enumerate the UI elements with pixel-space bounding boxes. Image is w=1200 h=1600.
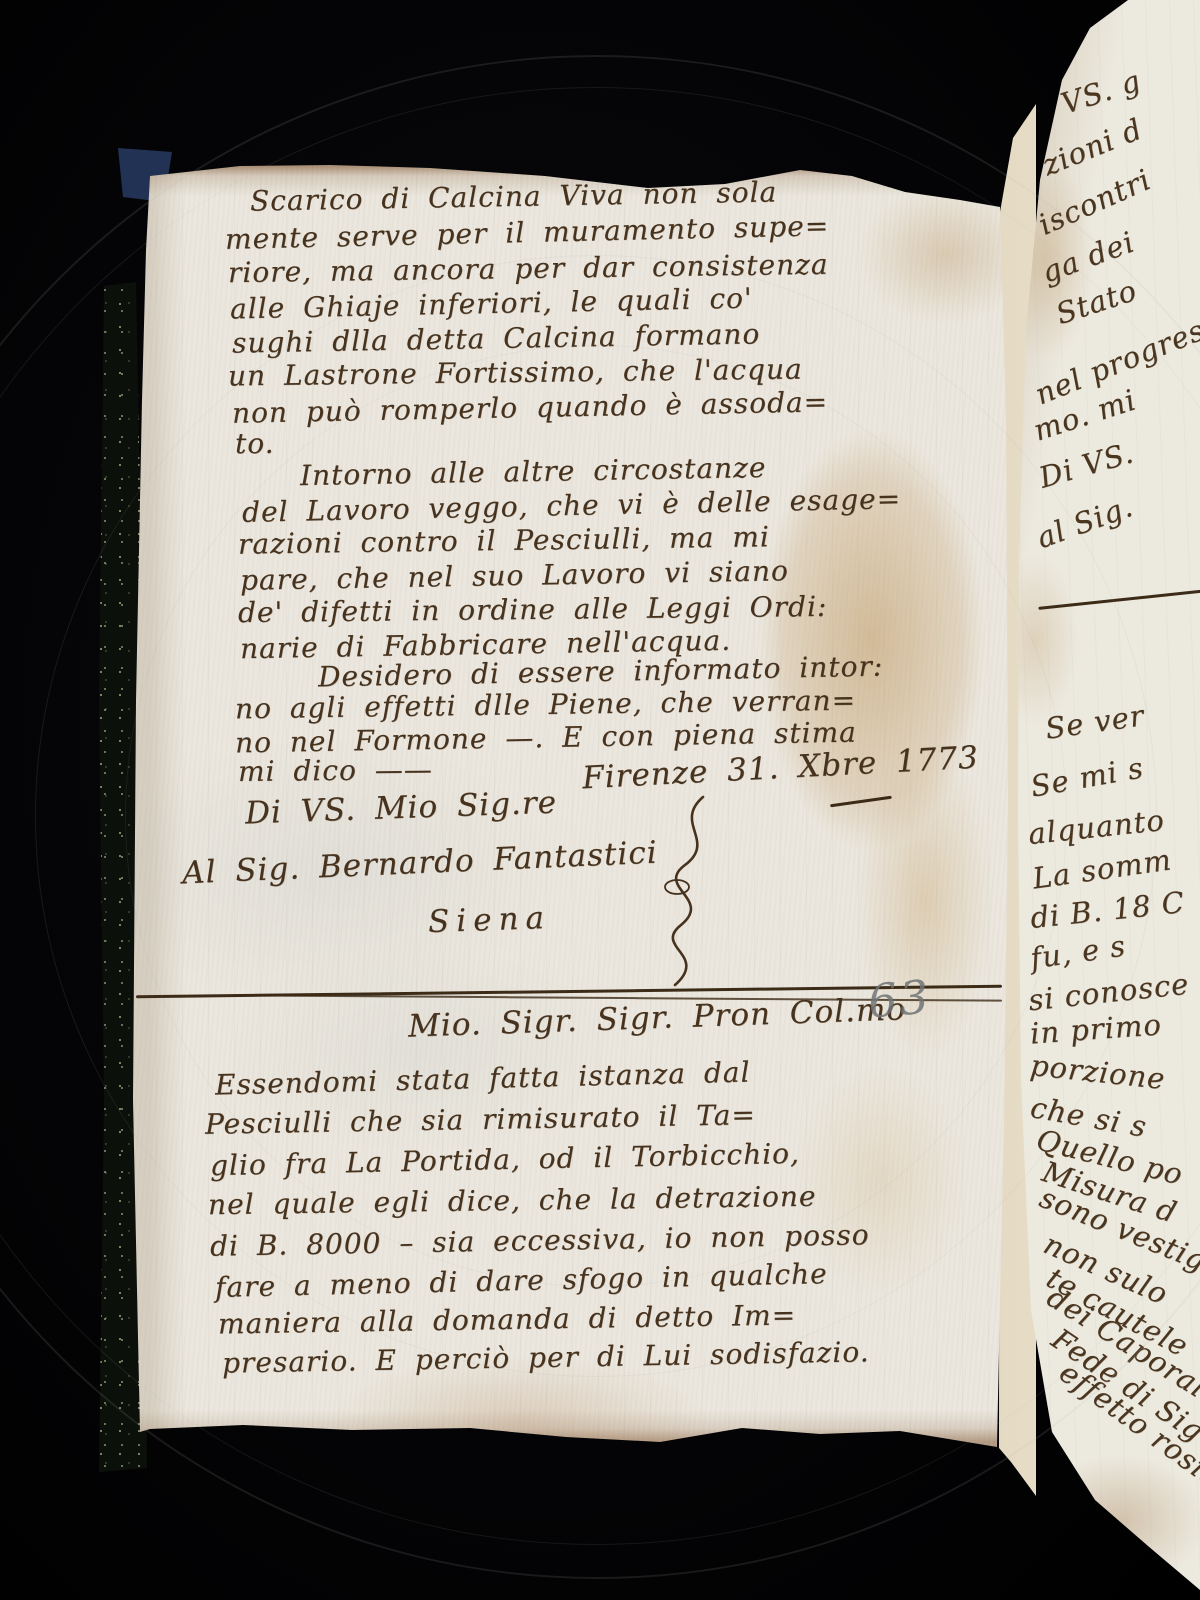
salutation: Mio. Sigr. Sigr. Pron Col.mo (408, 991, 907, 1044)
pencil-page-number: 63 (866, 969, 933, 1028)
manuscript-fragment: Se ver (1043, 698, 1146, 746)
manuscript-line: fare a meno di dare sfogo in qualche (215, 1257, 828, 1304)
dateline-flourish (830, 796, 892, 808)
manuscript-line: Essendomi stata fatta istanza dal (215, 1055, 751, 1101)
manuscript-line: de' difetti in ordine alle Leggi Ordi: (238, 590, 828, 629)
manuscript-line: Pesciulli che sia rimisurato il Ta= (205, 1098, 756, 1141)
photo-background: Scarico di Calcina Viva non sola mente s… (0, 0, 1200, 1600)
manuscript-fragment: alquanto (1027, 803, 1167, 851)
manuscript-line: glio fra La Portida, od il Torbicchio, (210, 1137, 800, 1182)
address-line: Siena (427, 900, 551, 940)
manuscript-fragment: Di VS. (1035, 435, 1137, 494)
manuscript-line: mi dico —— (238, 753, 433, 788)
address-line: Di VS. Mio Sig.re (244, 785, 557, 832)
manuscript-line: maniera alla domanda di detto Im= (218, 1298, 797, 1340)
manuscript-fragment: fu, e s (1028, 928, 1128, 975)
signature-flourish (625, 795, 735, 990)
address-line: Al Sig. Bernardo Fantastici (181, 835, 658, 892)
manuscript-fragment: si conosce (1027, 967, 1191, 1018)
manuscript-fragment: porzione (1029, 1048, 1168, 1096)
manuscript-line: razioni contro il Pesciulli, ma mi (238, 520, 770, 560)
right-page-rule (1038, 589, 1200, 609)
manuscript-fragment: al Sig. (1032, 489, 1137, 555)
manuscript-line: presario. E perciò per di Lui sodisfazio… (222, 1335, 870, 1379)
manuscript-line: to. (235, 427, 275, 460)
manuscript-line: di B. 8000 – sia eccessiva, io non posso (210, 1218, 870, 1263)
manuscript-line: nel quale egli dice, che la detrazione (208, 1180, 817, 1221)
manuscript-fragment: Se mi s (1028, 750, 1146, 803)
manuscript-line: non può romperlo quando è assoda= (232, 385, 829, 429)
